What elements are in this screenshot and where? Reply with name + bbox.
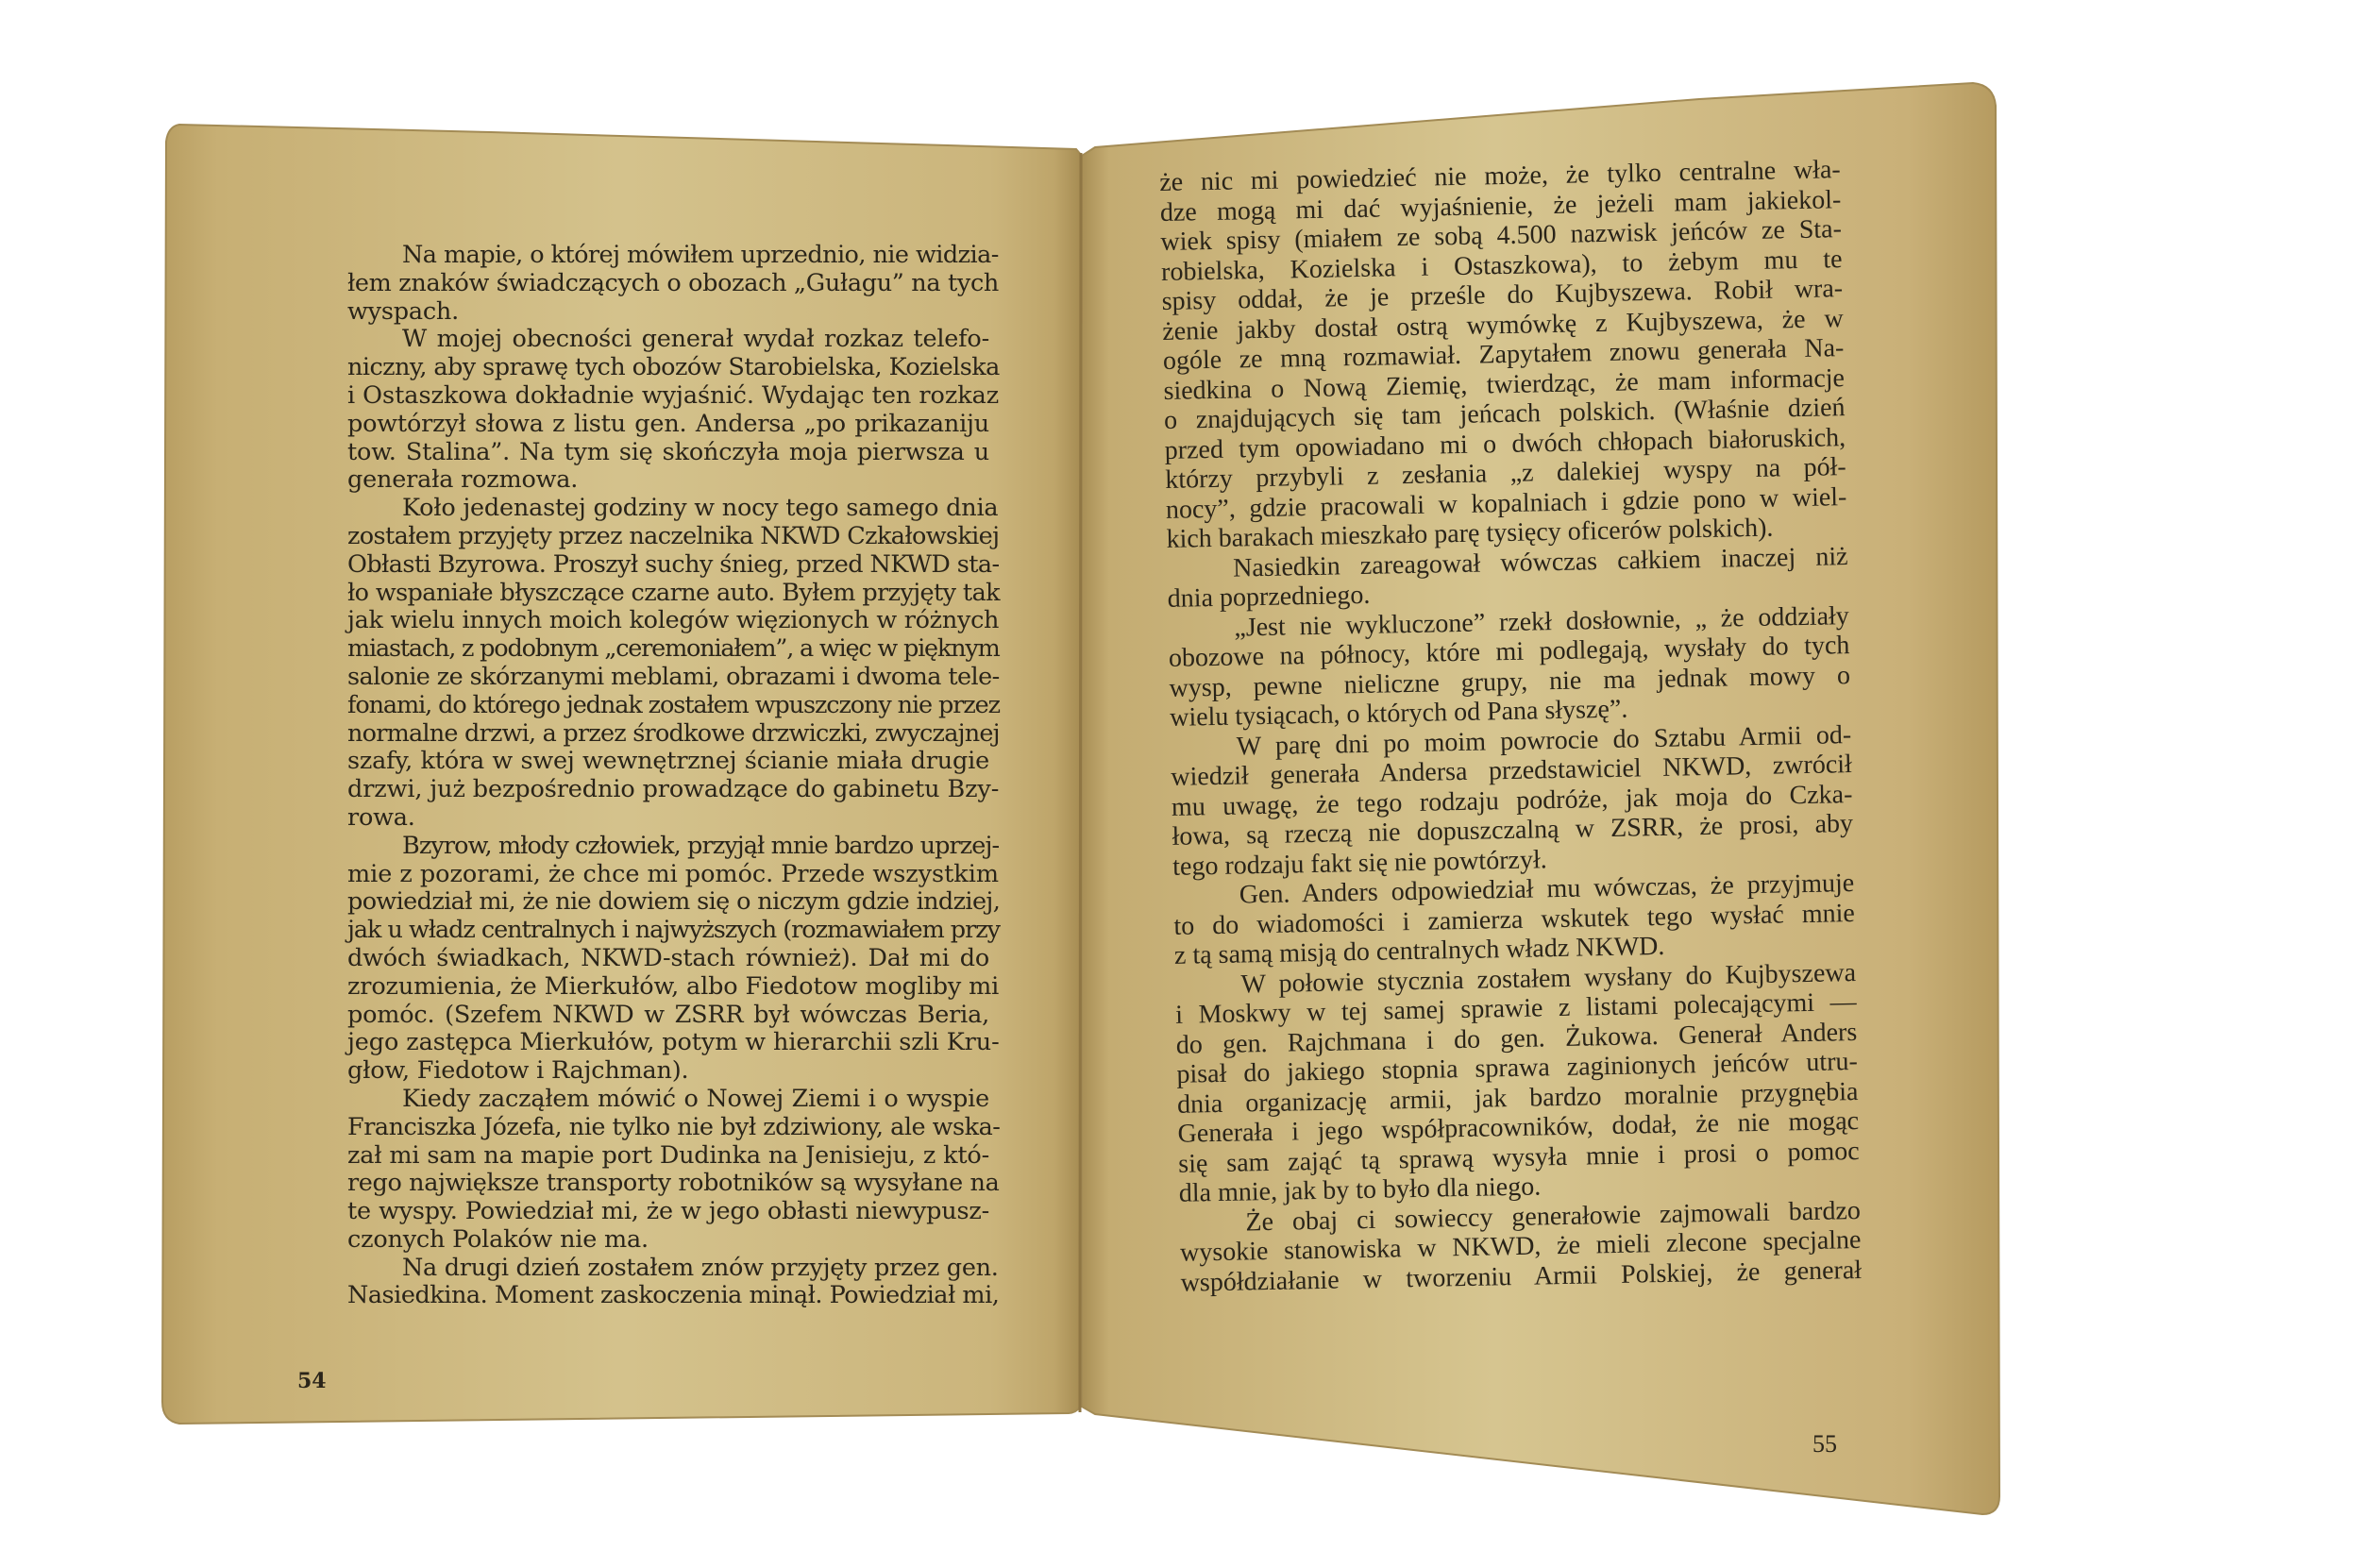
text-line: zostałem przyjęty przez naczelnika NKWD … <box>347 523 989 551</box>
text-line: głow, Fiedotow i Rajchman). <box>347 1057 989 1086</box>
text-line: Nasiedkina. Moment zaskoczenia minął. Po… <box>347 1282 989 1310</box>
text-line: Koło jedenastej godziny w nocy tego same… <box>347 495 989 523</box>
text-line: łem znaków świadczących o obozach „Gułag… <box>347 270 989 298</box>
text-line: jego zastępca Mierkułów, potym w hierarc… <box>347 1029 989 1057</box>
open-book: Na mapie, o której mówiłem uprzednio, ni… <box>0 0 2360 1568</box>
text-line: powtórzył słowa z listu gen. Andersa „po… <box>347 411 989 439</box>
text-line: tow. Stalina”. Na tym się skończyła moja… <box>347 439 989 467</box>
page-number-left: 54 <box>297 1369 327 1393</box>
text-line: drzwi, już bezpośrednio prowadzące do ga… <box>347 776 989 804</box>
text-line: Obłasti Bzyrowa. Proszył suchy śnieg, pr… <box>347 551 989 580</box>
text-line: Franciszka Józefa, nie tylko nie był zdz… <box>347 1114 989 1142</box>
text-line: niczny, aby sprawę tych obozów Starobiel… <box>347 354 989 382</box>
text-line: te wyspy. Powiedział mi, że w jego obłas… <box>347 1198 989 1226</box>
text-line: dwóch świadkach, NKWD-stach również). Da… <box>347 945 989 973</box>
text-line: wyspach. <box>347 298 989 327</box>
text-line: rowa. <box>347 804 989 833</box>
text-line: fonami, do którego jednak zostałem wpusz… <box>347 692 989 720</box>
text-line: Na drugi dzień zostałem znów przyjęty pr… <box>347 1255 989 1283</box>
text-line: ło wspaniałe błyszczące czarne auto. Był… <box>347 580 989 608</box>
text-line: Kiedy zacząłem mówić o Nowej Ziemi i o w… <box>347 1086 989 1114</box>
text-line: zał mi sam na mapie port Dudinka na Jeni… <box>347 1142 989 1171</box>
text-line: jak wielu innych moich kolegów więzionyc… <box>347 607 989 635</box>
page-number-right: 55 <box>1812 1430 1837 1458</box>
text-line: Bzyrow, młody człowiek, przyjął mnie bar… <box>347 833 989 861</box>
text-line: czonych Polaków nie ma. <box>347 1226 989 1255</box>
text-line: jak u władz centralnych i najwyższych (r… <box>347 917 989 945</box>
text-line: W mojej obecności generał wydał rozkaz t… <box>347 326 989 354</box>
text-line: mie z pozorami, że chce mi pomóc. Przede… <box>347 861 989 889</box>
text-line: Na mapie, o której mówiłem uprzednio, ni… <box>347 242 989 270</box>
text-line: rego największe transporty robotników są… <box>347 1170 989 1198</box>
text-line: normalne drzwi, a przez środkowe drzwicz… <box>347 720 989 749</box>
text-line: i Ostaszkowa dokładnie wyjaśnić. Wydając… <box>347 382 989 411</box>
text-line: salonie ze skórzanymi meblami, obrazami … <box>347 664 989 692</box>
text-line: miastach, z podobnym „ceremoniałem”, a w… <box>347 635 989 664</box>
text-line: pomóc. (Szefem NKWD w ZSRR był wówczas B… <box>347 1002 989 1030</box>
gutter-fold <box>1080 153 1081 1412</box>
text-line: szafy, która w swej wewnętrznej ścianie … <box>347 748 989 776</box>
right-page-text: że nic mi powiedzieć nie może, że tylko … <box>1159 155 1863 1298</box>
text-line: generała rozmowa. <box>347 466 989 495</box>
text-line: zrozumienia, że Mierkułów, albo Fiedotow… <box>347 973 989 1002</box>
text-line: powiedział mi, że nie dowiem się o niczy… <box>347 888 989 917</box>
left-page-text: Na mapie, o której mówiłem uprzednio, ni… <box>347 242 989 1310</box>
